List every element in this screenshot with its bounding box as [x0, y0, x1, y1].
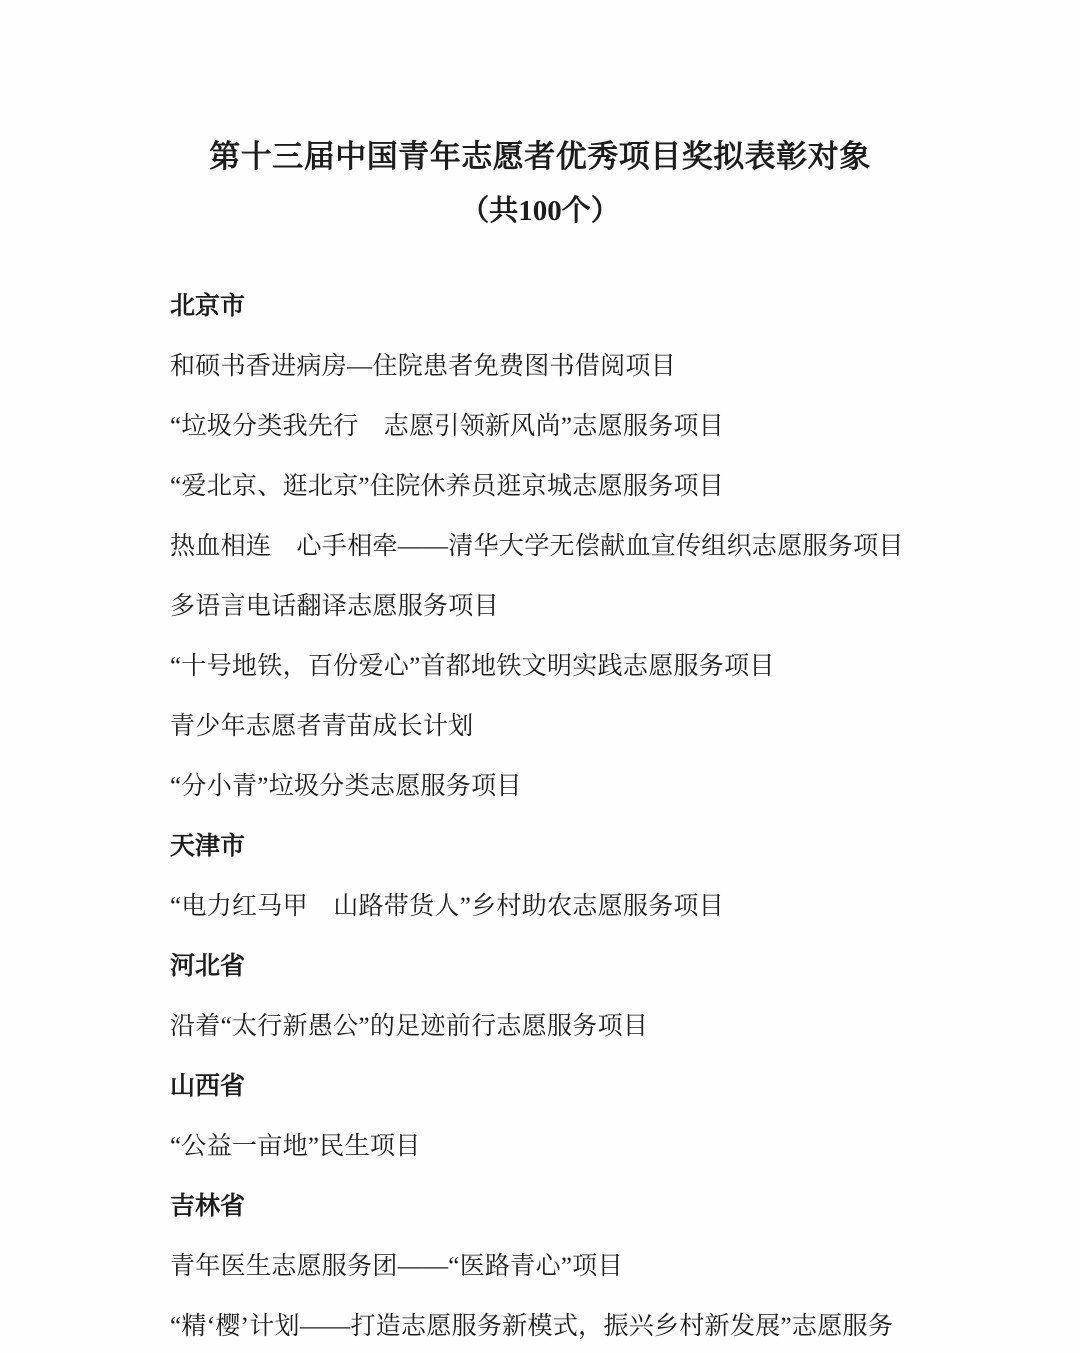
document-subtitle: （共100个）: [60, 191, 1020, 231]
project-item: 热血相连 心手相牵——清华大学无偿献血宣传组织志愿服务项目: [170, 517, 990, 577]
project-item: “爱北京、逛北京”住院休养员逛京城志愿服务项目: [170, 457, 990, 517]
region-heading: 北京市: [170, 277, 990, 337]
project-item: “精‘樱’计划——打造志愿服务新模式，振兴乡村新发展”志愿服务: [170, 1297, 990, 1354]
region-heading: 河北省: [170, 937, 990, 997]
region-heading: 吉林省: [170, 1177, 990, 1237]
project-item: “分小青”垃圾分类志愿服务项目: [170, 757, 990, 817]
project-item: 青少年志愿者青苗成长计划: [170, 697, 990, 757]
project-item: “电力红马甲 山路带货人”乡村助农志愿服务项目: [170, 877, 990, 937]
project-item: 沿着“太行新愚公”的足迹前行志愿服务项目: [170, 997, 990, 1057]
region-heading: 山西省: [170, 1057, 990, 1117]
project-item: “十号地铁，百份爱心”首都地铁文明实践志愿服务项目: [170, 637, 990, 697]
region-heading: 天津市: [170, 817, 990, 877]
project-item: 多语言电话翻译志愿服务项目: [170, 577, 990, 637]
document-title: 第十三届中国青年志愿者优秀项目奖拟表彰对象: [60, 135, 1020, 179]
project-item: 和硕书香进病房—住院患者免费图书借阅项目: [170, 337, 990, 397]
document-page: 第十三届中国青年志愿者优秀项目奖拟表彰对象 （共100个） 北京市和硕书香进病房…: [0, 0, 1080, 1354]
project-item: 青年医生志愿服务团——“医路青心”项目: [170, 1237, 990, 1297]
project-item: “垃圾分类我先行 志愿引领新风尚”志愿服务项目: [170, 397, 990, 457]
document-body: 北京市和硕书香进病房—住院患者免费图书借阅项目“垃圾分类我先行 志愿引领新风尚”…: [170, 277, 990, 1354]
project-item: “公益一亩地”民生项目: [170, 1117, 990, 1177]
